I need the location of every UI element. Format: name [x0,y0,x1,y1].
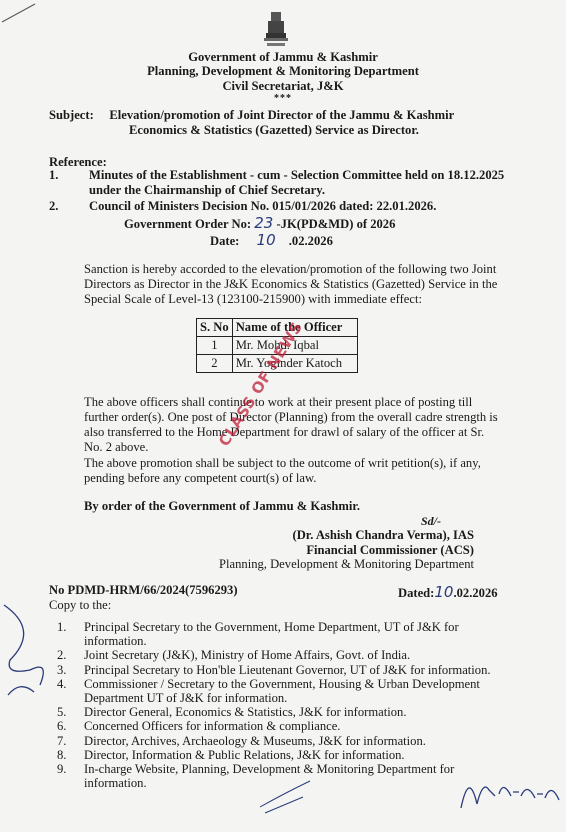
list-item: 9.In-charge Website, Planning, Developme… [49,762,519,790]
by-order-line: By order of the Government of Jammu & Ka… [84,499,360,514]
corner-pen-mark-icon [0,0,40,30]
endorsement-date: Dated:10.02.2026 [398,583,498,601]
subject-label: Subject: [49,108,81,123]
endorsement-date-suffix: .02.2026 [453,586,497,600]
endorsement-date-handwritten: 10 [434,583,453,601]
order-number-handwritten: 23 [254,215,273,231]
list-number: 8. [57,748,66,762]
national-emblem-icon [261,10,291,50]
government-order-number: Government Order No: 23 -JK(PD&MD) of 20… [124,215,395,249]
subject-line-1: Elevation/promotion of Joint Director of… [109,108,454,122]
sanction-text: Sanction is hereby accorded to the eleva… [84,262,497,306]
subject: Subject: Elevation/promotion of Joint Di… [49,108,529,138]
table-cell: Mr. Yoginder Katoch [232,355,357,373]
list-item: 8.Director, Information & Public Relatio… [49,748,519,762]
table-cell: 1 [197,337,233,355]
list-item: 2.Joint Secretary (J&K), Ministry of Hom… [49,648,519,662]
list-number: 9. [57,762,66,776]
reference-text: Council of Ministers Decision No. 015/01… [89,199,519,214]
list-item: 3.Principal Secretary to Hon'ble Lieuten… [49,663,519,677]
list-number: 1. [57,620,66,634]
order-label: Government Order No: [124,217,251,231]
signed-mark: Sd/- [421,514,441,529]
list-text: Commissioner / Secretary to the Governme… [84,677,480,705]
header-separator: *** [0,93,566,104]
list-item: 6.Concerned Officers for information & c… [49,719,519,733]
list-text: Concerned Officers for information & com… [84,719,340,733]
list-number: 4. [57,677,66,691]
order-date-handwritten: 10 [257,232,276,248]
reference-number: 2. [49,199,58,214]
endorsement-number: No PDMD-HRM/66/2024(7596293) [49,583,238,598]
reference-item: 2. Council of Ministers Decision No. 015… [49,199,519,214]
endorsement-date-label: Dated: [398,586,434,600]
reference-item: 1. Minutes of the Establishment - cum - … [49,168,519,198]
list-text: Joint Secretary (J&K), Ministry of Home … [84,648,410,662]
sanction-paragraph: Sanction is hereby accorded to the eleva… [84,262,504,307]
list-text: Principal Secretary to Hon'ble Lieutenan… [84,663,491,677]
list-text: Director, Information & Public Relations… [84,748,405,762]
copy-to-label: Copy to the: [49,598,111,613]
list-number: 3. [57,663,66,677]
writ-petition-paragraph: The above promotion shall be subject to … [84,456,504,486]
list-item: 1.Principal Secretary to the Government,… [49,620,519,648]
column-header: S. No [197,319,233,337]
signatory-name: (Dr. Ashish Chandra Verma), IAS [293,528,474,543]
reference-text: Minutes of the Establishment - cum - Sel… [89,168,519,198]
list-item: 4.Commissioner / Secretary to the Govern… [49,677,519,705]
subject-line-2: Economics & Statistics (Gazetted) Servic… [49,123,529,138]
signatory-designation: Financial Commissioner (ACS) [306,543,474,558]
header-secretariat: Civil Secretariat, J&K [0,79,566,94]
copy-to-list: 1.Principal Secretary to the Government,… [49,620,519,790]
list-number: 7. [57,734,66,748]
list-number: 5. [57,705,66,719]
list-item: 5.Director General, Economics & Statisti… [49,705,519,719]
posting-paragraph: The above officers shall continue to wor… [84,395,504,455]
list-text: In-charge Website, Planning, Development… [84,762,454,790]
list-item: 7.Director, Archives, Archaeology & Muse… [49,734,519,748]
reference-number: 1. [49,168,58,183]
order-date-suffix: .02.2026 [289,234,333,248]
list-text: Director, Archives, Archaeology & Museum… [84,734,426,748]
list-number: 6. [57,719,66,733]
header-government: Government of Jammu & Kashmir [0,50,566,65]
header-department: Planning, Development & Monitoring Depar… [0,64,566,79]
signatory-department: Planning, Development & Monitoring Depar… [219,557,474,572]
list-number: 2. [57,648,66,662]
order-date-label: Date: [210,234,239,248]
government-order-document: Government of Jammu & Kashmir Planning, … [0,0,566,832]
list-text: Director General, Economics & Statistics… [84,705,406,719]
list-text: Principal Secretary to the Government, H… [84,620,459,648]
order-suffix: -JK(PD&MD) of 2026 [276,217,395,231]
table-cell: 2 [197,355,233,373]
table-header-row: S. No Name of the Officer [197,319,358,337]
